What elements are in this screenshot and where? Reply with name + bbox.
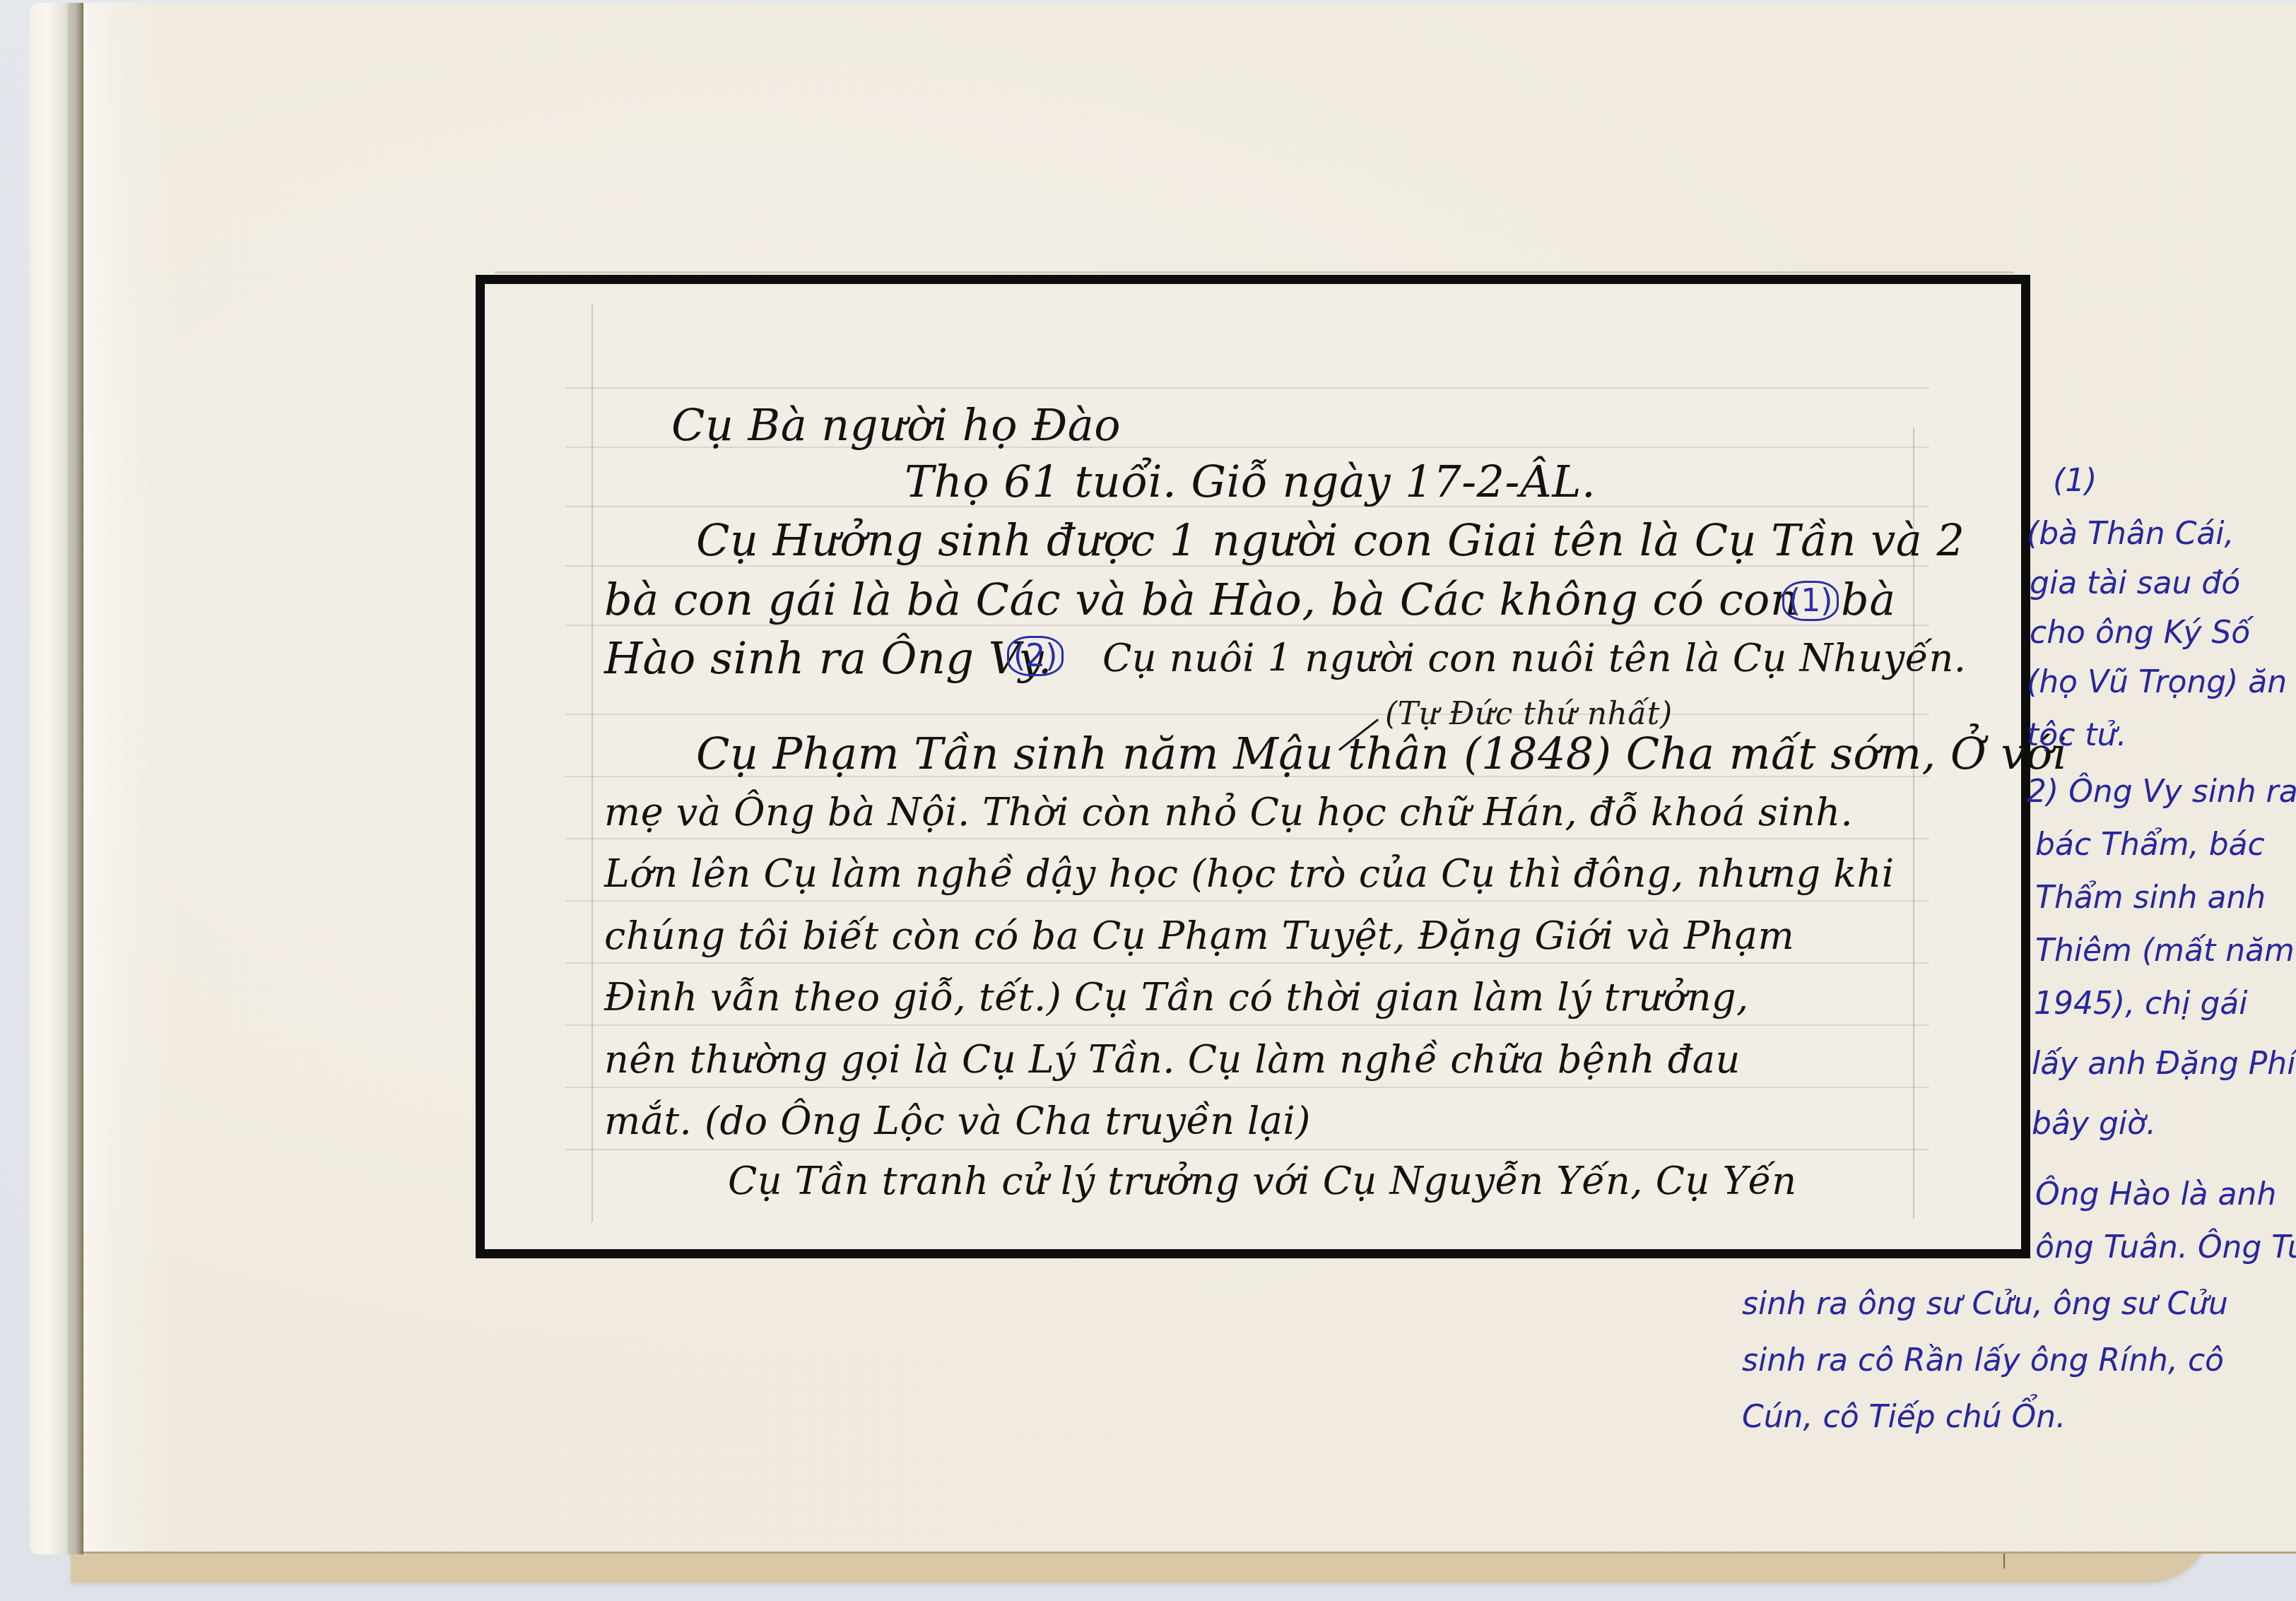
text-line-2: bà con gái là bà Các và bà Hào, bà Các k… xyxy=(604,574,1798,625)
ruled-line xyxy=(565,962,1929,964)
text-line-9: nên thường gọi là Cụ Lý Tần. Cụ làm nghề… xyxy=(604,1037,1741,1082)
text-line-6: Lớn lên Cụ làm nghề dậy học (học trò của… xyxy=(604,851,1895,896)
text-line-4: Cụ Phạm Tần sinh năm Mậu thân (1848) Cha… xyxy=(696,728,2067,779)
text-line-2-tail: bà xyxy=(1841,574,1896,625)
text-line-11: Cụ Tần tranh cử lý trưởng với Cụ Nguyễn … xyxy=(728,1159,1797,1203)
text-line-3: Hào sinh ra Ông Vy. xyxy=(604,632,1052,684)
ruled-line xyxy=(565,1024,1929,1026)
ruled-line xyxy=(565,387,1929,389)
margin-note-2-line: 1945), chị gái xyxy=(2034,986,2248,1022)
text-line-5: mẹ và Ông bà Nội. Thời còn nhỏ Cụ học ch… xyxy=(604,790,1853,834)
ruled-line xyxy=(565,1087,1929,1088)
binding-gutter xyxy=(68,3,83,1554)
ruled-line xyxy=(565,714,1929,715)
margin-note-2-line: Ông Hào là anh xyxy=(2035,1176,2276,1212)
margin-note-2-line: bác Thẩm, bác xyxy=(2035,827,2265,863)
text-line-3b: Cụ nuôi 1 người con nuôi tên là Cụ Nhuyế… xyxy=(1102,636,1967,680)
entry-subheading: Thọ 61 tuổi. Giỗ ngày 17-2-ÂL. xyxy=(905,456,1596,507)
footnote-ref-1: (1) xyxy=(1782,581,1839,621)
text-line-8: Đình vẫn theo giỗ, tết.) Cụ Tần có thời … xyxy=(604,975,1749,1020)
ruled-line xyxy=(565,1149,1929,1150)
margin-note-2-line: lấy anh Đặng Phín xyxy=(2032,1046,2296,1082)
margin-note-2-line: 2) Ông Vy sinh ra xyxy=(2027,774,2296,810)
left-margin-line xyxy=(591,304,593,1222)
bottom-note-line: sinh ra ông sư Cửu, ông sư Cửu xyxy=(1742,1286,2228,1322)
text-line-10: mắt. (do Ông Lộc và Cha truyền lại) xyxy=(604,1099,1311,1143)
margin-note-1-line: cho ông Ký Số xyxy=(2030,615,2250,651)
interlinear-annotation: (Tự Đức thứ nhất) xyxy=(1385,696,1673,732)
entry-heading: Cụ Bà người họ Đào xyxy=(671,399,1121,451)
margin-note-2-line: bây giờ. xyxy=(2032,1106,2156,1142)
bottom-note-line: sinh ra cô Rần lấy ông Rính, cô xyxy=(1742,1342,2224,1378)
frame-hairline xyxy=(495,271,2014,273)
margin-note-2-line: Thiêm (mất năm xyxy=(2035,933,2295,969)
margin-note-2-line: ông Tuân. Ông Tuân xyxy=(2035,1229,2296,1265)
margin-note-1-line: tộc tử. xyxy=(2027,717,2126,753)
margin-note-2-line: Thẩm sinh anh xyxy=(2035,880,2266,916)
ruled-line xyxy=(565,900,1929,902)
text-line-1: Cụ Hưởng sinh được 1 người con Giai tên … xyxy=(696,514,1965,566)
footnote-ref-2: (2) xyxy=(1007,636,1064,676)
margin-note-1-line: (bà Thân Cái, xyxy=(2027,516,2235,552)
bottom-note-line: Cún, cô Tiếp chú Ổn. xyxy=(1742,1399,2066,1435)
margin-note-1-line: (họ Vũ Trọng) ăn xyxy=(2027,664,2287,700)
margin-note-1-label: (1) xyxy=(2053,463,2097,499)
margin-note-1-line: gia tài sau đó xyxy=(2030,565,2240,601)
text-line-7: chúng tôi biết còn có ba Cụ Phạm Tuyệt, … xyxy=(604,914,1794,958)
ruled-line xyxy=(565,838,1929,839)
